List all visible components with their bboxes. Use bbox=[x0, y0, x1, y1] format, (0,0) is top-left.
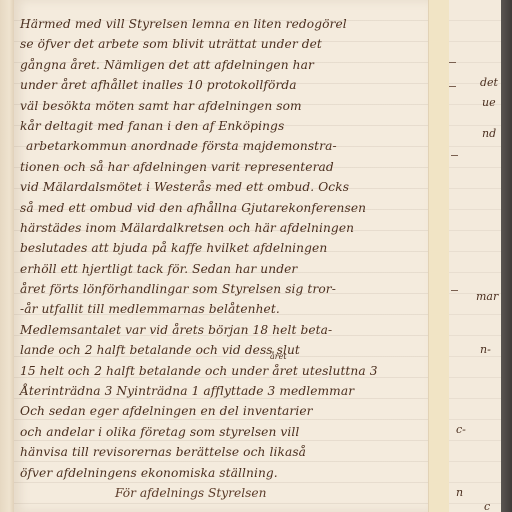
text-line-22: hänvisa till revisorernas berättelse och… bbox=[20, 442, 430, 462]
text-line-2: se öfver det arbete som blivit uträttat … bbox=[20, 34, 430, 54]
interlinear-insertion: året bbox=[270, 352, 287, 361]
dash-mark bbox=[449, 86, 456, 87]
text-line-16: Medlemsantalet var vid årets början 18 h… bbox=[20, 320, 430, 340]
facing-page-fragment: n bbox=[456, 486, 463, 499]
margin-strip bbox=[428, 0, 450, 512]
text-line-4: under året afhållet inalles 10 protokoll… bbox=[20, 75, 430, 95]
facing-page-fragment: c- bbox=[456, 423, 466, 436]
facing-page-fragment: det bbox=[480, 76, 498, 89]
manuscript-body: Härmed med vill Styrelsen lemna en liten… bbox=[20, 14, 430, 483]
facing-page-fragment: ue bbox=[482, 96, 496, 109]
text-line-11: härstädes inom Mälardalkretsen och här a… bbox=[20, 218, 430, 238]
dash-mark bbox=[451, 155, 458, 156]
text-line-17: lande och 2 halft betalande och vid dess… bbox=[20, 340, 430, 360]
text-line-12: beslutades att bjuda på kaffe hvilket af… bbox=[20, 238, 430, 258]
text-line-10: så med ett ombud vid den afhållna Gjutar… bbox=[20, 198, 430, 218]
text-line-9: vid Mälardalsmötet i Westerås med ett om… bbox=[20, 177, 430, 197]
text-line-20: Och sedan eger afdelningen en del invent… bbox=[20, 401, 430, 421]
text-line-5: väl besökta möten samt har afdelningen s… bbox=[20, 96, 430, 116]
facing-page-fragment: c bbox=[484, 500, 490, 512]
signature-line: För afdelnings Styrelsen bbox=[115, 486, 266, 500]
text-line-13: erhöll ett hjertligt tack för. Sedan har… bbox=[20, 259, 430, 279]
text-line-18: 15 helt och 2 halft betalande och under … bbox=[20, 361, 430, 381]
text-line-21: och andelar i olika företag som styrelse… bbox=[20, 422, 430, 442]
facing-page-fragment: n- bbox=[480, 343, 491, 356]
text-line-14: året förts lönförhandlingar som Styrelse… bbox=[20, 279, 430, 299]
dash-mark bbox=[451, 290, 458, 291]
text-line-7: arbetarkommun anordnade första majdemons… bbox=[20, 136, 430, 156]
text-line-3: gångna året. Nämligen det att afdelninge… bbox=[20, 55, 430, 75]
text-line-23: öfver afdelningens ekonomiska ställning. bbox=[20, 463, 430, 483]
manuscript-scan: Härmed med vill Styrelsen lemna en liten… bbox=[0, 0, 512, 512]
facing-page-fragment: nd bbox=[482, 127, 496, 140]
text-line-1: Härmed med vill Styrelsen lemna en liten… bbox=[20, 14, 430, 34]
text-line-6: kår deltagit med fanan i den af Enköping… bbox=[20, 116, 430, 136]
text-line-8: tionen och så har afdelningen varit repr… bbox=[20, 157, 430, 177]
scan-background-edge bbox=[501, 0, 512, 512]
facing-page-fragment: mar bbox=[476, 290, 498, 303]
dash-mark bbox=[449, 62, 456, 63]
text-line-15: -år utfallit till medlemmarnas belåtenhe… bbox=[20, 299, 430, 319]
text-line-19: Återinträdna 3 Nyinträdna 1 afflyttade 3… bbox=[20, 381, 430, 401]
